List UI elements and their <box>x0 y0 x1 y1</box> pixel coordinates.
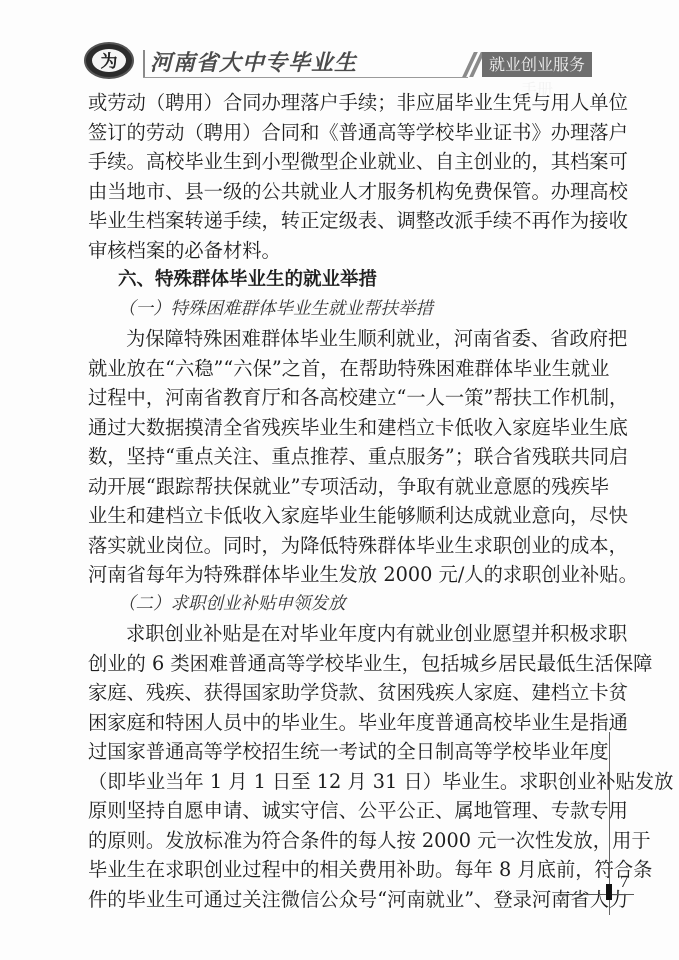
page-number: 7 <box>620 872 629 892</box>
paragraph-line: 签订的劳动（聘用）合同和《普通高等学校毕业证书》办理落户 <box>88 118 604 148</box>
paragraph-line: 审核档案的必备材料。 <box>88 236 604 266</box>
subsection-heading: （一）特殊困难群体毕业生就业帮扶举措 <box>88 295 604 325</box>
page-marker-block <box>606 884 612 900</box>
paragraph-line: 动开展“跟踪帮扶保就业”专项活动，争取有就业意愿的残疾毕 <box>88 472 604 502</box>
paragraph-line: 件的毕业生可通过关注微信公众号“河南就业”、登录河南省人力 <box>88 885 604 915</box>
paragraph-line: 家庭、残疾、获得国家助学贷款、贫困残疾人家庭、建档立卡贫 <box>88 678 604 708</box>
emblem-glyph: 为 <box>92 52 126 72</box>
paragraph-line: 业生和建档立卡低收入家庭毕业生能够顺利达成就业意向，尽快 <box>88 501 604 531</box>
paragraph-line: 落实就业岗位。同时，为降低特殊群体毕业生求职创业的成本， <box>88 531 604 561</box>
footer-rule <box>558 894 634 895</box>
paragraph-line: 的原则。发放标准为符合条件的每人按 2000 元一次性发放，用于 <box>88 826 604 856</box>
paragraph-line: 或劳动（聘用）合同办理落户手续；非应届毕业生凭与用人单位 <box>88 88 604 118</box>
paragraph-line: 就业放在“六稳”“六保”之首，在帮助特殊困难群体毕业生就业 <box>88 354 604 384</box>
paragraph-line: 毕业生在求职创业过程中的相关费用补助。每年 8 月底前，符合条 <box>88 855 604 885</box>
paragraph-line: 通过大数据摸清全省残疾毕业生和建档立卡低收入家庭毕业生底 <box>88 413 604 443</box>
header-left-title: 河南省大中专毕业生 <box>150 49 357 77</box>
paragraph-line: 过国家普通高等学校招生统一考试的全日制高等学校毕业年度 <box>88 737 604 767</box>
paragraph-line: 为保障特殊困难群体毕业生顺利就业，河南省委、省政府把 <box>88 324 604 354</box>
header-divider <box>143 50 145 78</box>
paragraph-line: 毕业生档案转递手续，转正定级表、调整改派手续不再作为接收 <box>88 206 604 236</box>
document-body: 或劳动（聘用）合同办理落户手续；非应届毕业生凭与用人单位 签订的劳动（聘用）合同… <box>88 88 604 914</box>
paragraph-line: 过程中，河南省教育厅和各高校建立“一人一策”帮扶工作机制， <box>88 383 604 413</box>
header-underline <box>143 77 468 78</box>
paragraph-line: 手续。高校毕业生到小型微型企业就业、自主创业的，其档案可 <box>88 147 604 177</box>
header-right-label: 就业创业服务手册 <box>482 52 592 77</box>
paragraph-line: 创业的 6 类困难普通高等学校毕业生，包括城乡居民最低生活保障 <box>88 649 604 679</box>
paragraph-line: 数，坚持“重点关注、重点推荐、重点服务”；联合省残联共同启 <box>88 442 604 472</box>
paragraph-line: （即毕业当年 1 月 1 日至 12 月 31 日）毕业生。求职创业补贴发放 <box>88 767 604 797</box>
paragraph-line: 原则坚持自愿申请、诚实守信、公平公正、属地管理、专款专用 <box>88 796 604 826</box>
paragraph-line: 河南省每年为特殊群体毕业生发放 2000 元/人的求职创业补贴。 <box>88 560 604 590</box>
subsection-heading: （二）求职创业补贴申领发放 <box>88 590 604 620</box>
document-page: 为 河南省大中专毕业生 就业创业服务手册 或劳动（聘用）合同办理落户手续；非应届… <box>0 0 679 960</box>
section-heading: 六、特殊群体毕业生的就业举措 <box>88 265 604 295</box>
paragraph-line: 求职创业补贴是在对毕业年度内有就业创业愿望并积极求职 <box>88 619 604 649</box>
paragraph-line: 困家庭和特困人员中的毕业生。毕业年度普通高校毕业生是指通 <box>88 708 604 738</box>
emblem-inner: 为 <box>92 49 126 72</box>
school-emblem-icon: 为 <box>84 42 134 79</box>
paragraph-line: 由当地市、县一级的公共就业人才服务机构免费保管。办理高校 <box>88 177 604 207</box>
